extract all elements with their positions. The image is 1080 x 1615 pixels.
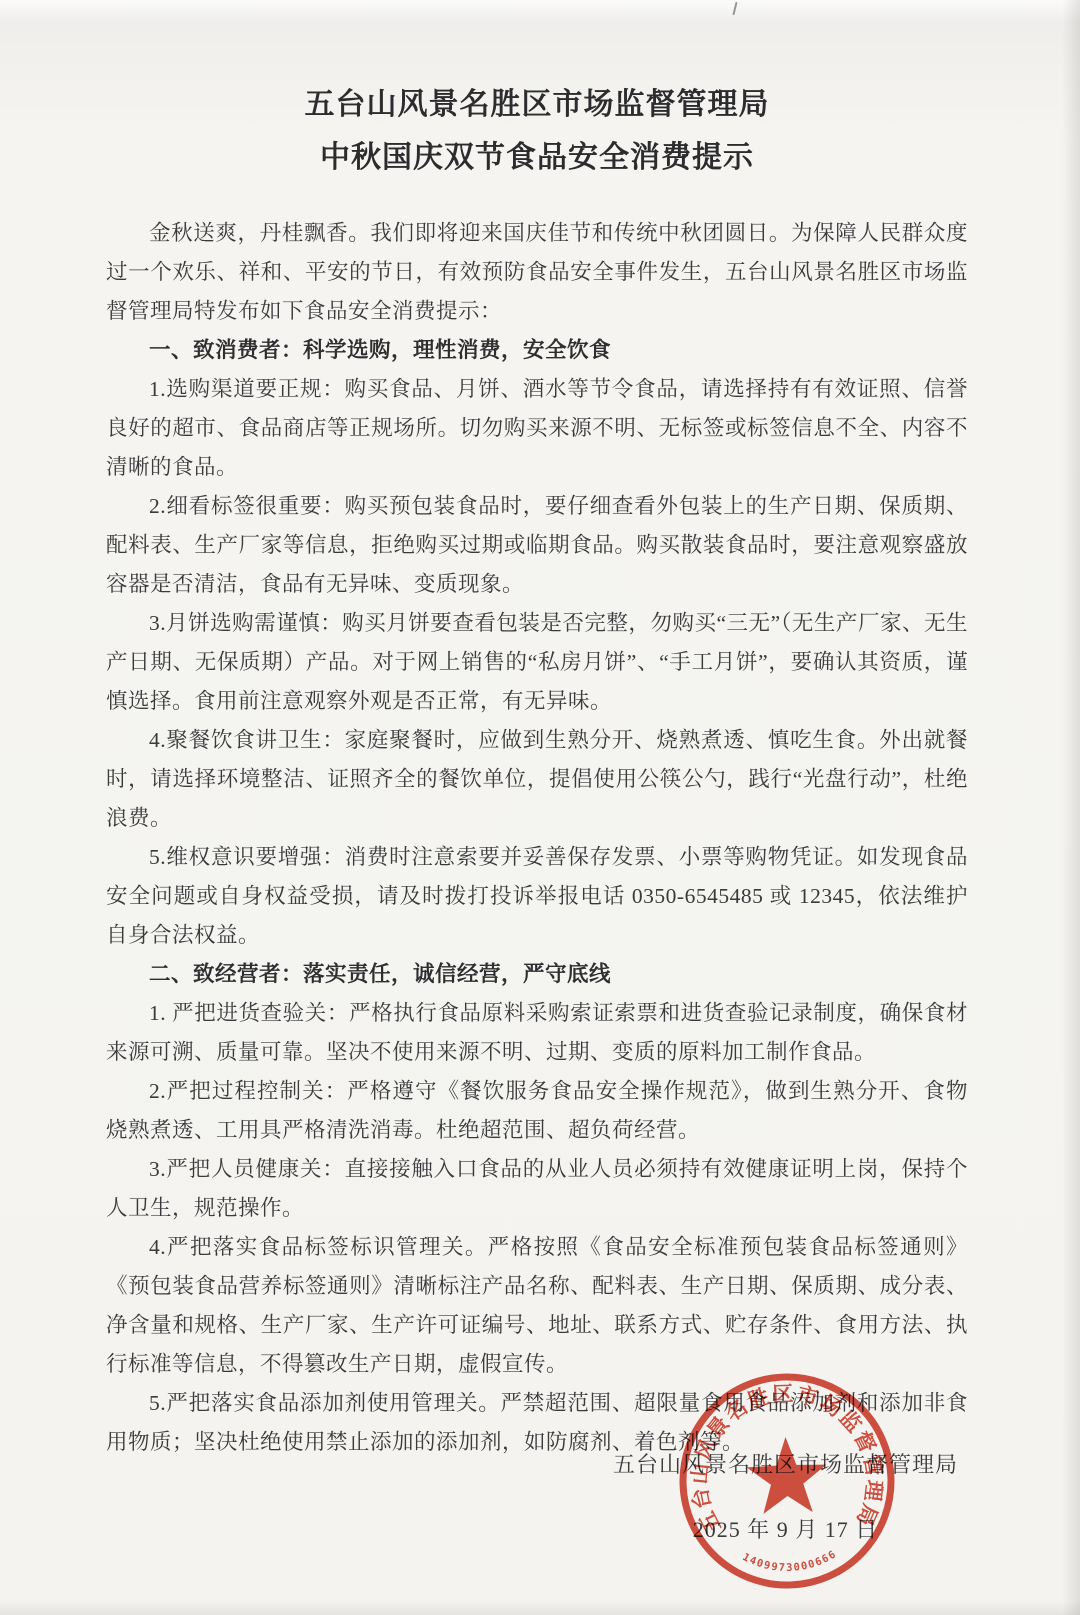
- title-line-2: 中秋国庆双节食品安全消费提示: [106, 131, 968, 184]
- section-2-item-4: 4.严把落实食品标签标识管理关。严格按照《食品安全标准预包装食品标签通则》《预包…: [106, 1228, 968, 1384]
- section-2-item-2: 2.严把过程控制关：严格遵守《餐饮服务食品安全操作规范》，做到生熟分开、食物烧熟…: [106, 1072, 968, 1150]
- section-2-item-1: 1. 严把进货查验关：严格执行食品原料采购索证索票和进货查验记录制度，确保食材来…: [106, 994, 968, 1072]
- seal-serial-number: 1409973000666: [740, 1548, 839, 1576]
- scan-edge-shadow-bottom: [0, 1601, 1080, 1615]
- section-1-item-1: 1.选购渠道要正规：购买食品、月饼、酒水等节令食品，请选择持有有效证照、信誉良好…: [106, 370, 968, 487]
- document-body: 五台山风景名胜区市场监督管理局 中秋国庆双节食品安全消费提示 金秋送爽，丹桂飘香…: [0, 0, 1080, 1462]
- intro-paragraph: 金秋送爽，丹桂飘香。我们即将迎来国庆佳节和传统中秋团圆日。为保障人民群众度过一个…: [106, 214, 968, 331]
- section-2-heading: 二、致经营者：落实责任，诚信经营，严守底线: [106, 955, 968, 994]
- section-1-item-3: 3.月饼选购需谨慎：购买月饼要查看包装是否完整，勿购买“三无”（无生产厂家、无生…: [106, 604, 968, 721]
- section-1-heading: 一、致消费者：科学选购，理性消费，安全饮食: [106, 331, 968, 370]
- section-1-item-5: 5.维权意识要增强：消费时注意索要并妥善保存发票、小票等购物凭证。如发现食品安全…: [106, 838, 968, 955]
- title-line-1: 五台山风景名胜区市场监督管理局: [106, 78, 968, 131]
- section-1-item-2: 2.细看标签很重要：购买预包装食品时，要仔细查看外包装上的生产日期、保质期、配料…: [106, 487, 968, 604]
- document-title: 五台山风景名胜区市场监督管理局 中秋国庆双节食品安全消费提示: [106, 78, 968, 184]
- section-1-item-4: 4.聚餐饮食讲卫生：家庭聚餐时，应做到生熟分开、烧熟煮透、慎吃生食。外出就餐时，…: [106, 721, 968, 838]
- seal-star-icon: [746, 1436, 829, 1515]
- document-page: 五台山风景名胜区市场监督管理局 中秋国庆双节食品安全消费提示 金秋送爽，丹桂飘香…: [0, 0, 1080, 1615]
- official-seal-icon: 五台山风景名胜区市场监督管理局 1409973000666: [668, 1362, 906, 1600]
- document-text: 金秋送爽，丹桂飘香。我们即将迎来国庆佳节和传统中秋团圆日。为保障人民群众度过一个…: [106, 214, 968, 1462]
- section-2-item-3: 3.严把人员健康关：直接接触入口食品的从业人员必须持有效健康证明上岗，保持个人卫…: [106, 1150, 968, 1228]
